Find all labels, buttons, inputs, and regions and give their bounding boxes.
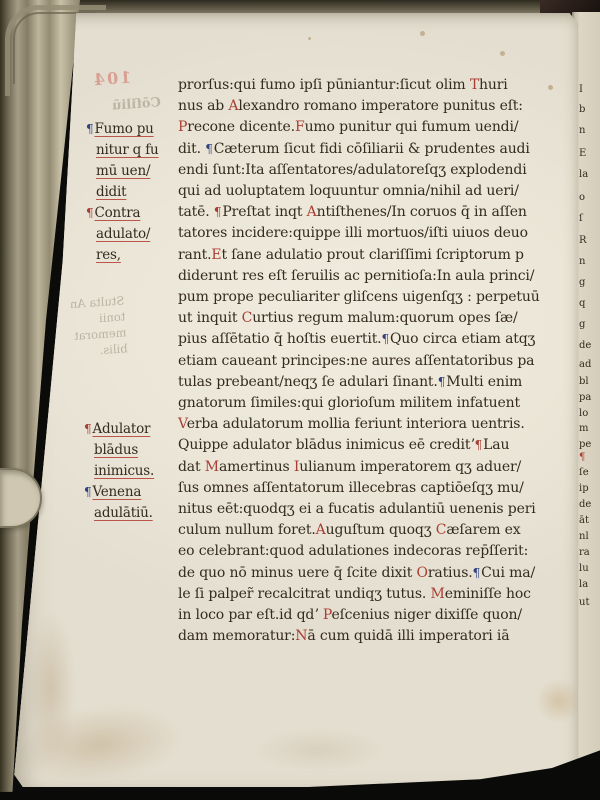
text-segment: T — [470, 77, 479, 93]
margin-note-line: blādus — [84, 440, 180, 461]
text-segment: endi ſunt:Ita aſſentatores/adulatoreſqʒ … — [178, 162, 527, 178]
pilcrow-mark: ¶ — [84, 485, 91, 499]
text-segment: inimicus. — [94, 463, 154, 479]
text-segment: ut inquit — [178, 310, 242, 326]
text-segment: diderunt res eſt ſeruilis ac pernitioſa:… — [178, 268, 534, 284]
margin-note-line: ¶Venena — [84, 482, 180, 503]
edge-letter-fragment: pe — [579, 439, 591, 450]
margin-note-line: didit — [86, 182, 182, 203]
text-segment: t ſane adulatio prout clariſſimi ſcripto… — [221, 247, 523, 263]
edge-letter-fragment: q — [579, 298, 585, 309]
edge-letter-fragment: de — [579, 499, 591, 510]
text-segment: ſus omnes aſſentatorum illecebras captiō… — [178, 480, 524, 496]
text-line: etiam caueant principes:ne aures aſſenta… — [178, 351, 560, 372]
margin-note-line: res, — [86, 245, 182, 266]
text-segment: adulātiū. — [94, 505, 153, 521]
text-segment: tatores incidere:quippe illi mortuos/iſt… — [178, 225, 528, 241]
text-segment: adulato/ — [96, 226, 150, 242]
stain-dot — [420, 31, 425, 36]
vellum-strap-tab — [0, 468, 42, 528]
text-segment: M — [431, 586, 445, 602]
text-line: in loco par eſt.id qdʼ Peſcenius niger d… — [178, 605, 560, 626]
text-segment: O — [417, 565, 428, 581]
book-photo: IbnElaoſRngqgdeadblpalompe¶ſeipdeātnlral… — [0, 0, 600, 800]
edge-letter-fragment: R — [579, 235, 587, 246]
text-segment: ratius. — [428, 565, 473, 581]
edge-letter-fragment: ¶ — [579, 452, 585, 463]
margin-note: ¶Fumo punitur q fumū uen/didit¶Contraadu… — [86, 119, 182, 266]
text-segment: dam memoratur: — [178, 628, 295, 644]
pilcrow-mark: ¶ — [86, 206, 93, 220]
text-segment: Quippe adulator blādus inimicus eē credi… — [178, 437, 475, 453]
text-segment: P — [323, 607, 332, 623]
text-segment: amertinus — [219, 459, 294, 475]
edge-letter-fragment: I — [579, 84, 583, 95]
margin-note-line: ¶Contra — [86, 203, 182, 224]
text-segment: Quo circa etiam atqʒ — [390, 331, 535, 347]
text-segment: eo celebrant:quod adulationes indecoras … — [178, 543, 528, 559]
text-line: nitus eēt:quodqʒ ei a fucatis adulantiū … — [178, 499, 560, 520]
text-segment: nitur q fu — [96, 142, 159, 158]
text-segment: blādus — [94, 442, 138, 458]
stain — [28, 613, 74, 763]
text-line: endi ſunt:Ita aſſentatores/adulatoreſqʒ … — [178, 160, 560, 181]
margin-note-line: adulato/ — [86, 224, 182, 245]
text-segment: eſcenius niger dixiſſe quon/ — [332, 607, 522, 623]
text-segment: C — [436, 522, 447, 538]
margin-note-line: ¶Adulator — [84, 419, 180, 440]
text-line: le ſi palper̃ recalcitrat undiqʒ tutus. … — [178, 584, 560, 605]
pilcrow-mark: ¶ — [205, 142, 213, 156]
margin-note-line: mū uen/ — [86, 161, 182, 182]
stain — [10, 697, 188, 793]
text-segment: in loco par eſt.id qdʼ — [178, 607, 323, 623]
edge-letter-fragment: ſ — [579, 213, 583, 224]
edge-letter-fragment: āt — [579, 515, 589, 526]
pilcrow-mark: ¶ — [475, 438, 483, 452]
text-segment: C — [242, 310, 253, 326]
text-segment: mū uen/ — [96, 163, 150, 179]
text-line: prorſus:qui fumo ipſi pūniantur:ſicut ol… — [178, 75, 560, 96]
text-segment: de quo nō minus uere q̄ ſcite dixit — [178, 565, 417, 581]
margin-note: ¶Adulatorblādusinimicus.¶Venenaadulātiū. — [84, 419, 180, 524]
pilcrow-mark: ¶ — [214, 205, 222, 219]
edge-letter-fragment: ad — [579, 359, 591, 370]
text-segment: urtius regum malum:quorum opes ſæ/ — [252, 310, 517, 326]
text-segment: nus ab — [178, 98, 228, 114]
text-segment: nitus eēt:quodqʒ ei a fucatis adulantiū … — [178, 501, 536, 517]
text-segment: N — [295, 628, 307, 644]
text-segment: Preſtat inqt — [222, 204, 306, 220]
text-segment: Cæterum ſicut fidi cōſiliarii & prudente… — [214, 141, 530, 157]
text-segment: A — [307, 204, 317, 220]
text-segment: æſarem ex — [446, 522, 520, 538]
manuscript-page: 104 Cōſiliū Stulta Antoniimemoratbilis. … — [8, 13, 578, 787]
margin-note-line: inimicus. — [84, 461, 180, 482]
text-segment: erba adulatorum mollia feriunt interiora… — [187, 416, 525, 432]
text-segment: tulas prebeant/neqʒ ſe adulari ſinant. — [178, 374, 438, 390]
text-segment: E — [211, 247, 221, 263]
pilcrow-mark: ¶ — [438, 375, 446, 389]
text-segment: culum nullum foret. — [178, 522, 316, 538]
edge-letter-fragment: ſe — [579, 467, 589, 478]
text-line: Verba adulatorum mollia feriunt interior… — [178, 414, 560, 435]
ghost-text-showthrough: Cōſiliū — [112, 95, 162, 113]
text-line: tatē. ¶Preſtat inqt Antiſthenes/In coruo… — [178, 202, 560, 223]
edge-letter-fragment: ra — [579, 547, 590, 558]
text-segment: huri — [479, 77, 508, 93]
margin-note-line: adulātiū. — [84, 503, 180, 524]
text-segment: pius aſſētatio q̄ hoſtis euertit. — [178, 331, 381, 347]
ghost-margin-showthrough: Stulta Antoniimemoratbilis. — [46, 292, 128, 361]
edge-letter-fragment: lu — [579, 563, 589, 574]
edge-letter-fragment: n — [579, 256, 585, 267]
text-segment: le ſi palper̃ recalcitrat undiqʒ tutus. — [178, 586, 431, 602]
text-segment: Fumo pu — [94, 121, 153, 137]
edge-letter-fragment: la — [579, 579, 588, 590]
text-segment: didit — [96, 184, 126, 200]
edge-letter-fragment: bl — [579, 376, 589, 387]
text-line: culum nullum foret.Auguſtum quoqʒ Cæſare… — [178, 520, 560, 541]
edge-letter-fragment: pa — [579, 392, 591, 403]
text-line: dam memoratur:Nā cum quidā illi imperato… — [178, 626, 560, 647]
pilcrow-mark: ¶ — [84, 422, 91, 436]
edge-letter-fragment: g — [579, 319, 585, 330]
text-segment: tatē. — [178, 204, 214, 220]
text-segment: qui ad uoluptatem loquuntur omnia/nihil … — [178, 183, 519, 199]
edge-letter-fragment: nl — [579, 531, 589, 542]
edge-letter-fragment: E — [579, 148, 586, 159]
text-segment: dat — [178, 459, 205, 475]
edge-letter-fragment: n — [579, 125, 585, 136]
text-segment: eminiſſe hoc — [445, 586, 531, 602]
text-segment: rant. — [178, 247, 211, 263]
text-segment: ulianum imperatorem qʒ aduer/ — [299, 459, 521, 475]
text-line: eo celebrant:quod adulationes indecoras … — [178, 541, 560, 562]
edge-letter-fragment: de — [579, 340, 591, 351]
text-segment: M — [205, 459, 219, 475]
text-line: Precone dicente.Fumo punitur qui fumum u… — [178, 117, 560, 138]
text-segment: pum prope peculiariter gliſcens uigenſqʒ… — [178, 289, 540, 305]
text-segment: P — [178, 119, 187, 135]
text-line: qui ad uoluptatem loquuntur omnia/nihil … — [178, 181, 560, 202]
text-line: dat Mamertinus Iulianum imperatorem qʒ a… — [178, 457, 560, 478]
edge-letter-fragment: b — [579, 104, 585, 115]
text-block: prorſus:qui fumo ipſi pūniantur:ſicut ol… — [178, 75, 560, 647]
margin-note-line: ¶Fumo pu — [86, 119, 182, 140]
stain — [254, 729, 384, 771]
text-line: gnatorum ſimiles:qui glorioſum militem i… — [178, 393, 560, 414]
text-segment: F — [295, 119, 305, 135]
edge-letter-fragment: g — [579, 277, 585, 288]
text-segment: dit. — [178, 141, 205, 157]
text-segment: Contra — [94, 205, 140, 221]
text-segment: etiam caueant principes:ne aures aſſenta… — [178, 353, 534, 369]
edge-letter-fragment: ut — [579, 597, 589, 608]
text-line: nus ab Alexandro romano imperatore punit… — [178, 96, 560, 117]
folio-number-showthrough: 104 — [91, 68, 132, 90]
text-line: tulas prebeant/neqʒ ſe adulari ſinant.¶M… — [178, 372, 560, 393]
text-segment: ntiſthenes/In coruos q̄ in aſſen — [317, 204, 527, 220]
text-line: rant.Et ſane adulatio prout clariſſimi ſ… — [178, 245, 560, 266]
text-line: ſus omnes aſſentatorum illecebras captiō… — [178, 478, 560, 499]
text-segment: Cui ma/ — [481, 565, 535, 581]
text-segment: gnatorum ſimiles:qui glorioſum militem i… — [178, 395, 520, 411]
text-line: pum prope peculiariter gliſcens uigenſqʒ… — [178, 287, 560, 308]
text-segment: Adulator — [92, 421, 150, 437]
text-line: ut inquit Curtius regum malum:quorum ope… — [178, 308, 560, 329]
edge-letter-fragment: la — [579, 169, 588, 180]
text-segment: V — [178, 416, 187, 432]
text-line: pius aſſētatio q̄ hoſtis euertit.¶Quo ci… — [178, 329, 560, 350]
text-segment: Lau — [483, 437, 509, 453]
text-segment: lexandro romano imperatore punitus eſt: — [238, 98, 522, 114]
text-segment: prorſus:qui fumo ipſi pūniantur:ſicut ol… — [178, 77, 470, 93]
pilcrow-mark: ¶ — [473, 566, 481, 580]
edge-letter-fragment: m — [579, 423, 588, 434]
margin-note-line: nitur q fu — [86, 140, 182, 161]
edge-letter-fragment: o — [579, 192, 585, 203]
text-segment: A — [228, 98, 238, 114]
edge-letter-fragment: lo — [579, 408, 588, 419]
text-segment: res, — [96, 247, 121, 263]
text-segment: ā cum quidā illi imperatori iā — [307, 628, 509, 644]
text-segment: uguſtum quoqʒ — [326, 522, 436, 538]
text-line: diderunt res eſt ſeruilis ac pernitioſa:… — [178, 266, 560, 287]
text-line: tatores incidere:quippe illi mortuos/iſt… — [178, 223, 560, 244]
stain — [536, 679, 582, 723]
text-segment: recone dicente. — [187, 119, 295, 135]
text-line: de quo nō minus uere q̄ ſcite dixit Orat… — [178, 563, 560, 584]
stain-dot — [308, 37, 311, 40]
pilcrow-mark: ¶ — [381, 332, 389, 346]
text-segment: Venena — [92, 484, 141, 500]
text-segment: A — [316, 522, 326, 538]
text-line: dit. ¶Cæterum ſicut fidi cōſiliarii & pr… — [178, 139, 560, 160]
text-line: Quippe adulator blādus inimicus eē credi… — [178, 435, 560, 456]
text-segment: umo punitur qui fumum uendi/ — [305, 119, 519, 135]
stain-dot — [500, 51, 505, 56]
edge-letter-fragment: ip — [579, 483, 589, 494]
pilcrow-mark: ¶ — [86, 122, 93, 136]
text-segment: Multi enim — [446, 374, 522, 390]
